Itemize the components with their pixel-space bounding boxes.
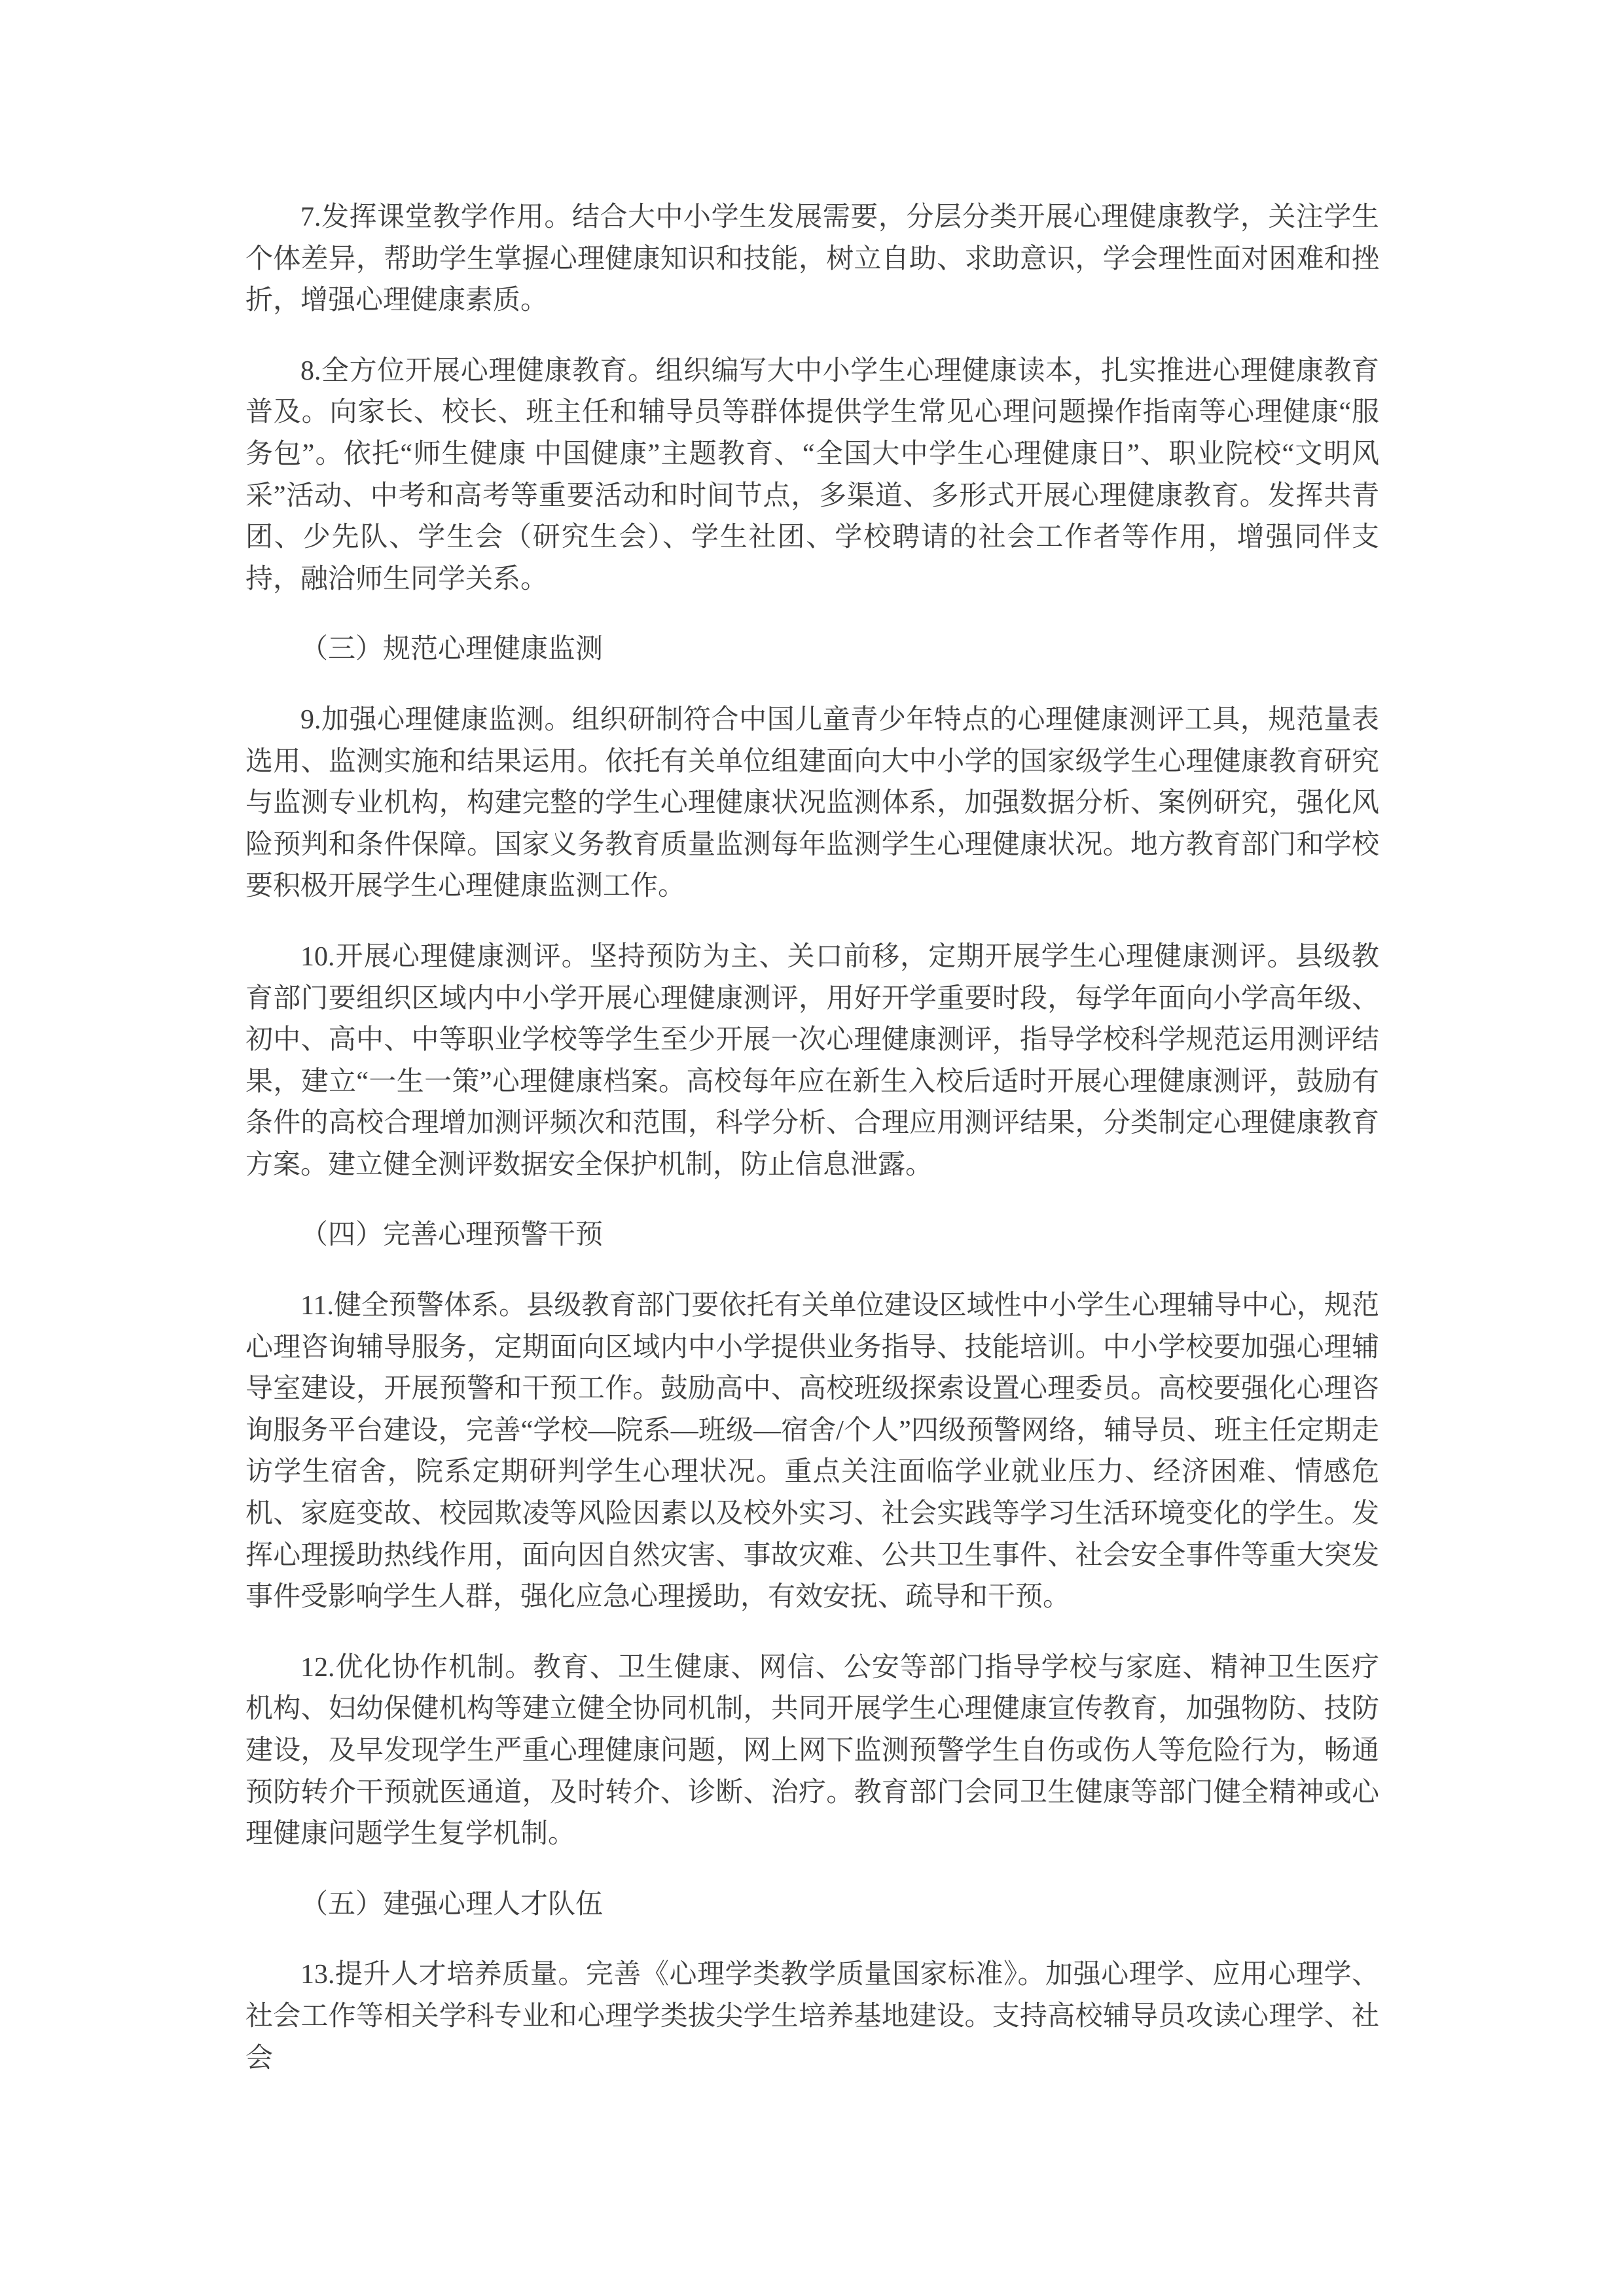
section-heading-4: （四）完善心理预警干预 [245, 1215, 1379, 1257]
paragraph-item-11: 11.健全预警体系。县级教育部门要依托有关单位建设区域性中小学生心理辅导中心，规… [245, 1285, 1379, 1619]
paragraph-item-10: 10.开展心理健康测评。坚持预防为主、关口前移，定期开展学生心理健康测评。县级教… [245, 937, 1379, 1187]
section-heading-5: （五）建强心理人才队伍 [245, 1884, 1379, 1926]
paragraph-item-13: 13.提升人才培养质量。完善《心理学类教学质量国家标准》。加强心理学、应用心理学… [245, 1954, 1379, 2079]
paragraph-item-9: 9.加强心理健康监测。组织研制符合中国儿童青少年特点的心理健康测评工具，规范量表… [245, 700, 1379, 908]
document-page: 7.发挥课堂教学作用。结合大中小学生发展需要，分层分类开展心理健康教学，关注学生… [0, 0, 1624, 2296]
paragraph-item-12: 12.优化协作机制。教育、卫生健康、网信、公安等部门指导学校与家庭、精神卫生医疗… [245, 1647, 1379, 1856]
paragraph-item-8: 8.全方位开展心理健康教育。组织编写大中小学生心理健康读本，扎实推进心理健康教育… [245, 351, 1379, 601]
section-heading-3: （三）规范心理健康监测 [245, 629, 1379, 671]
paragraph-item-7: 7.发挥课堂教学作用。结合大中小学生发展需要，分层分类开展心理健康教学，关注学生… [245, 197, 1379, 322]
